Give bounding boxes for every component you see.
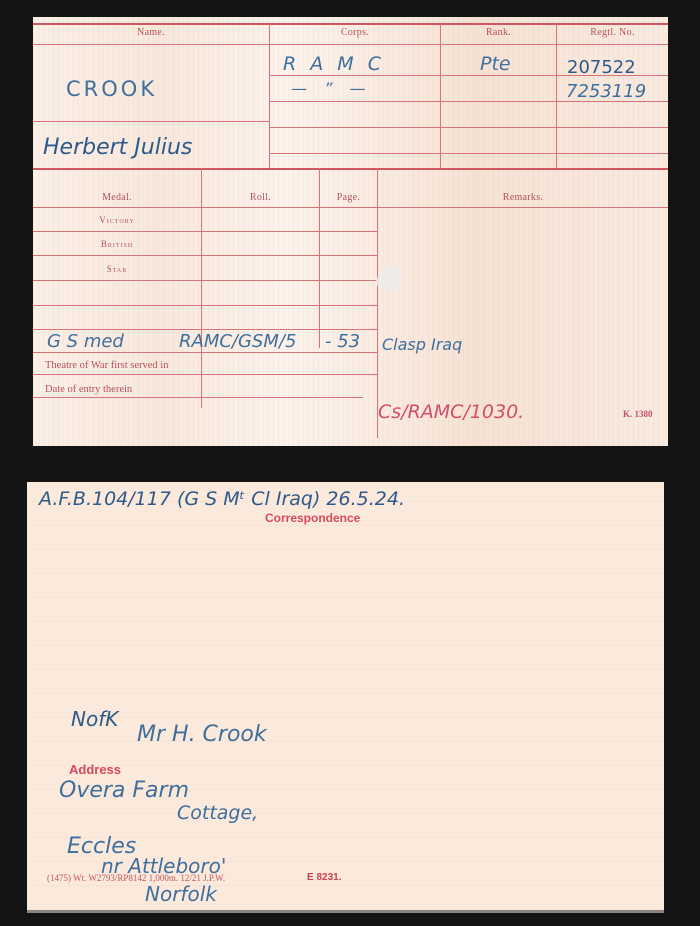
name-rule [33,121,269,122]
address-line-county: Norfolk [145,882,217,906]
header-rule [33,44,668,45]
section-rule [33,168,668,170]
row-rule-3 [270,127,668,128]
printer-line: (1475) Wt. W2793/RP8142 1,000m. 12/21 J.… [47,873,225,883]
medal-star: Star [33,264,201,274]
header-rank: Rank. [441,27,556,38]
medal-header-rule [33,207,668,208]
faded-stamp-mark [374,261,406,295]
top-rule [33,23,668,25]
surname-entry: CROOK [66,77,157,101]
header-remarks: Remarks. [378,192,668,203]
red-reference-annotation: Cs/RAMC/1030. [378,401,524,423]
gs-medal-entry: G S med [47,331,124,352]
correspondence-label: Correspondence [265,511,360,525]
address-line-farm: Overa Farm [59,778,189,803]
medal-card-back: A.F.B.104/117 (G S Mᵗ Cl Iraq) 26.5.24. … [27,482,664,913]
regtl-no-entry-2: 7253119 [566,81,646,102]
medal-rule-5 [33,329,377,330]
nok-entry: NofK [71,707,118,731]
header-corps: Corps. [270,27,440,38]
medal-card-front: Name. Corps. Rank. Regtl. No. CROOK Herb… [33,17,668,446]
divider-rank-regtl [556,23,557,168]
divider-page-remarks [377,168,378,438]
corps-entry-1: R A M C [283,53,385,75]
divider-medal-roll [201,168,202,408]
medal-british: British [33,239,201,249]
gs-page-entry: - 53 [325,331,360,352]
address-line-name: Mr H. Crook [137,722,267,747]
medal-rule-3 [33,280,377,281]
forenames-entry: Herbert Julius [43,135,192,160]
medal-rule-1 [33,231,377,232]
medal-victory: Victory [33,215,201,225]
form-code: K. 1380 [623,409,653,419]
top-annotation: A.F.B.104/117 (G S Mᵗ Cl Iraq) 26.5.24. [39,488,405,510]
row-rule-4 [270,153,668,154]
header-roll: Roll. [202,192,319,203]
medal-rule-2 [33,255,377,256]
header-name: Name. [33,27,269,38]
gs-roll-entry: RAMC/GSM/5 [179,331,296,352]
divider-name-corps [269,23,270,168]
gs-remarks-entry: Clasp Iraq [382,335,462,354]
medal-rule-7 [33,374,377,375]
address-line-cottage: Cottage, [177,802,258,824]
divider-corps-rank [440,23,441,168]
medal-rule-8 [33,397,363,398]
medal-rule-4 [33,305,377,306]
header-medal: Medal. [33,192,201,203]
header-page: Page. [320,192,377,203]
rank-entry: Pte [480,53,511,75]
printer-code: E 8231. [307,872,341,883]
regtl-no-entry-1: 207522 [567,57,636,78]
header-regtl-no: Regtl. No. [557,27,668,38]
address-label: Address [69,762,121,777]
corps-entry-2: — ” — [291,79,371,98]
medal-rule-6 [33,352,377,353]
theatre-of-war-label: Theatre of War first served in [45,360,168,371]
date-of-entry-label: Date of entry therein [45,384,132,395]
